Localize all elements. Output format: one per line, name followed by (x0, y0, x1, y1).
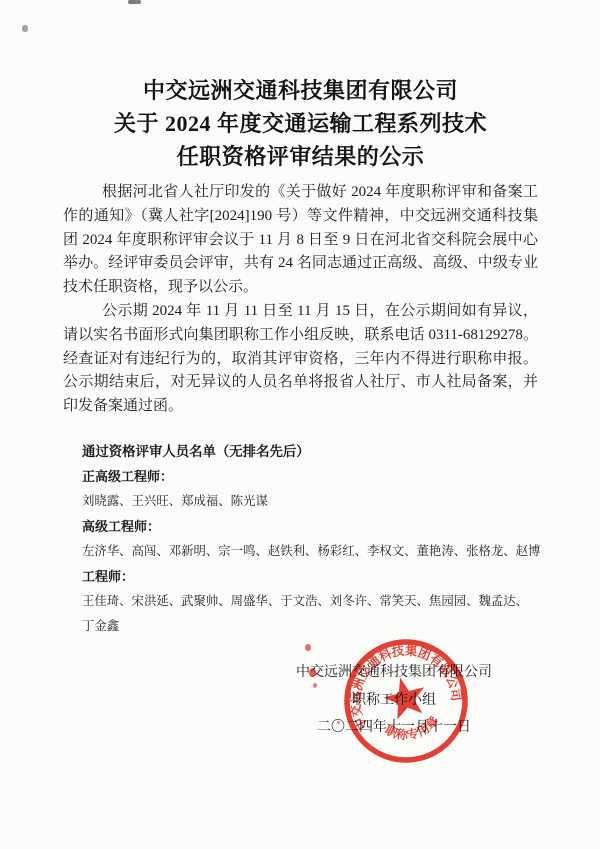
roster-section-names: 王佳琦、宋洪延、武聚帅、周盛华、于文浩、刘冬许、常笑天、焦园园、魏孟达、丁金鑫 (82, 589, 552, 639)
title-line-company: 中交远洲交通科技集团有限公司 (63, 74, 538, 107)
title-line-subject: 关于 2024 年度交通运输工程系列技术 (63, 107, 538, 140)
roster-section-names: 刘晓露、王兴旺、郑成福、陈光谋 (82, 489, 552, 514)
seal-star-icon (380, 673, 430, 722)
paragraph-review-basis: 根据河北省人社厅印发的《关于做好 2024 年度职称评审和备案工作的通知》（冀人… (63, 181, 538, 300)
scan-artifact-red-speck (305, 644, 311, 651)
roster-section-label: 高级工程师： (82, 514, 538, 539)
roster-list: 正高级工程师：刘晓露、王兴旺、郑成福、陈光谋高级工程师：左济华、高闯、邓新明、宗… (63, 464, 538, 639)
roster-section-label: 工程师： (82, 564, 538, 589)
document-content: 中交远洲交通科技集团有限公司 关于 2024 年度交通运输工程系列技术 任职资格… (63, 74, 538, 639)
seal-bottom-text: 职称专用章 (380, 710, 444, 749)
official-seal-icon: 中交远洲交通科技集团有限公司 职称专用章 (327, 622, 485, 780)
document-title: 中交远洲交通科技集团有限公司 关于 2024 年度交通运输工程系列技术 任职资格… (63, 74, 538, 173)
scan-artifact-gray-speck (128, 0, 141, 4)
scan-artifact-gray-speck (22, 25, 28, 32)
title-line-announcement: 任职资格评审结果的公示 (63, 140, 538, 173)
document-page: 中交远洲交通科技集团有限公司 关于 2024 年度交通运输工程系列技术 任职资格… (0, 0, 600, 849)
official-seal: 中交远洲交通科技集团有限公司 职称专用章 (327, 622, 485, 780)
roster-section-label: 正高级工程师： (82, 464, 538, 489)
paragraph-publicity-period: 公示期 2024 年 11 月 11 日至 11 月 15 日，在公示期间如有异… (63, 300, 538, 419)
roster-heading: 通过资格评审人员名单（无排名先后） (82, 439, 538, 464)
roster-section-names: 左济华、高闯、邓新明、宗一鸣、赵铁利、杨彩红、李权文、董艳涛、张格龙、赵博 (82, 539, 552, 564)
